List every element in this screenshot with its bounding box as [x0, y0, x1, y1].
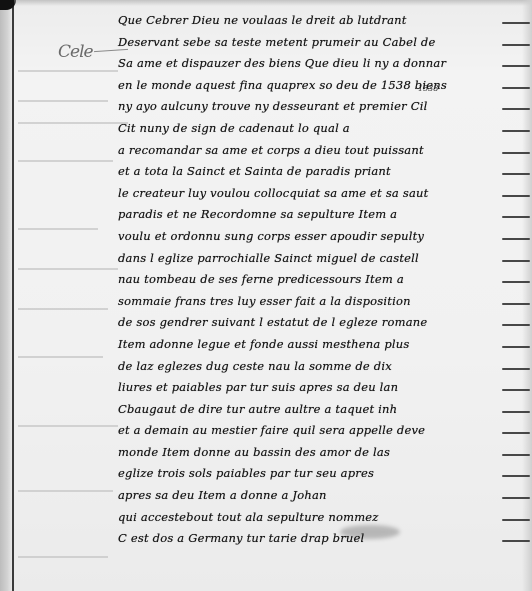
- page-binding-edge: [0, 0, 14, 591]
- margin-annotation: Cele: [58, 42, 93, 62]
- bleed-through-text: [18, 356, 103, 358]
- bleed-through-text: [18, 228, 98, 230]
- manuscript-line: de laz eglezes dug ceste nau la somme de…: [118, 356, 518, 378]
- manuscript-line: eglize trois sols paiables par tur seu a…: [118, 463, 518, 485]
- manuscript-line: Cbaugaut de dire tur autre aultre a taqu…: [118, 399, 518, 421]
- bleed-through-text: [18, 70, 118, 72]
- manuscript-line: Que Cebrer Dieu ne voulaas le dreit ab l…: [118, 10, 518, 32]
- manuscript-line: a recomandar sa ame et corps a dieu tout…: [118, 140, 518, 162]
- manuscript-line: Cit nuny de sign de cadenaut lo qual a: [118, 118, 518, 140]
- manuscript-line: le createur luy voulou collocquiat sa am…: [118, 183, 518, 205]
- bleed-through-text: [18, 122, 128, 124]
- manuscript-line: monde Item donne au bassin des amor de l…: [118, 442, 518, 464]
- manuscript-line: Deservant sebe sa teste metent prumeir a…: [118, 32, 518, 54]
- manuscript-line: qui accestebout tout ala sepulture nomme…: [118, 507, 518, 529]
- manuscript-line: paradis et ne Recordomne sa sepulture It…: [118, 204, 518, 226]
- manuscript-line: voulu et ordonnu sung corps esser apoudi…: [118, 226, 518, 248]
- manuscript-line: en le monde aquest fina quaprex so deu d…: [118, 75, 518, 97]
- bleed-through-text: [18, 490, 113, 492]
- manuscript-line: Sa ame et dispauzer des biens Que dieu l…: [118, 53, 518, 75]
- bleed-through-text: [18, 268, 118, 270]
- manuscript-line: C est dos a Germany tur tarie drap bruel: [118, 528, 518, 550]
- bleed-through-text: [18, 425, 118, 427]
- manuscript-line: Item adonne legue et fonde aussi mesthen…: [118, 334, 518, 356]
- manuscript-line: apres sa deu Item a donne a Johan: [118, 485, 518, 507]
- bleed-through-text: [18, 308, 108, 310]
- manuscript-line: et a tota la Sainct et Sainta de paradis…: [118, 161, 518, 183]
- manuscript-text-body: Que Cebrer Dieu ne voulaas le dreit ab l…: [118, 10, 518, 550]
- manuscript-line: de sos gendrer suivant l estatut de l eg…: [118, 312, 518, 334]
- bleed-through-text: [18, 556, 108, 558]
- manuscript-page: Cele 1538 Que Cebrer Dieu ne voulaas le …: [0, 0, 532, 591]
- manuscript-line: sommaie frans tres luy esser fait a la d…: [118, 291, 518, 313]
- manuscript-line: ny ayo aulcuny trouve ny desseurant et p…: [118, 96, 518, 118]
- page-top-edge: [14, 0, 532, 6]
- bleed-through-text: [18, 160, 113, 162]
- manuscript-line: nau tombeau de ses ferne predicessours I…: [118, 269, 518, 291]
- manuscript-line: dans l eglize parrochialle Sainct miguel…: [118, 248, 518, 270]
- manuscript-line: liures et paiables par tur suis apres sa…: [118, 377, 518, 399]
- manuscript-line: et a demain au mestier faire quil sera a…: [118, 420, 518, 442]
- bleed-through-text: [18, 100, 108, 102]
